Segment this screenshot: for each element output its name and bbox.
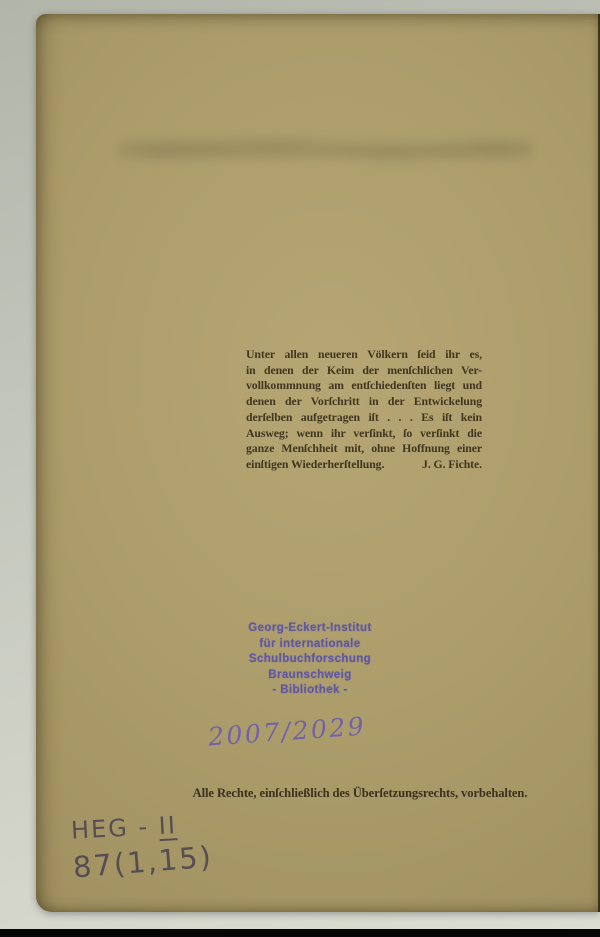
quote-last-line: einſtigen Wiederherſtellung. J. G. Ficht… [246,457,482,473]
quote-line: in denen der Keim der menſchlichen Ver- [246,363,482,379]
quote-line: derſelben aufgetragen iſt . . . Es iſt k… [246,410,482,426]
quote-line: denen der Vorſchritt in der Entwickelung [246,394,482,410]
quote-line: Unter allen neueren Völkern ſeid ihr es, [246,347,482,363]
shelfmark-handwritten: HEG - II 87(1,15) [70,809,213,882]
quote-line: Ausweg; wenn ihr verſinkt, ſo verſinkt d… [246,426,482,442]
stamp-line: - Bibliothek - [245,683,375,699]
show-through-ghost-text [118,133,533,167]
quote-attribution: J. G. Fichte. [422,457,482,473]
quote-last-line-text: einſtigen Wiederherſtellung. [246,457,384,473]
scan-edge-strip [0,929,600,937]
stamp-line: Georg-Eckert-Institut [245,621,375,637]
quote-line: vollkommnung am entſchiedenſten liegt un… [246,378,482,394]
fichte-quote: Unter allen neueren Völkern ſeid ihr es,… [246,347,482,473]
stamp-line: Schulbuchforschung [245,652,375,668]
scanned-page-background: Unter allen neueren Völkern ſeid ihr es,… [0,0,600,937]
stamp-line: Braunschweig [245,668,375,684]
library-stamp: Georg-Eckert-Institut für internationale… [245,621,375,699]
rights-notice: Alle Rechte, einſchließlich des Überſetz… [120,786,600,801]
quote-line: ganze Menſchheit mit, ohne Hoffnung eine… [246,441,482,457]
shelfmark-volume: II [158,813,178,841]
shelfmark-prefix: HEG - [70,812,159,845]
stamp-line: für internationale [245,637,375,653]
